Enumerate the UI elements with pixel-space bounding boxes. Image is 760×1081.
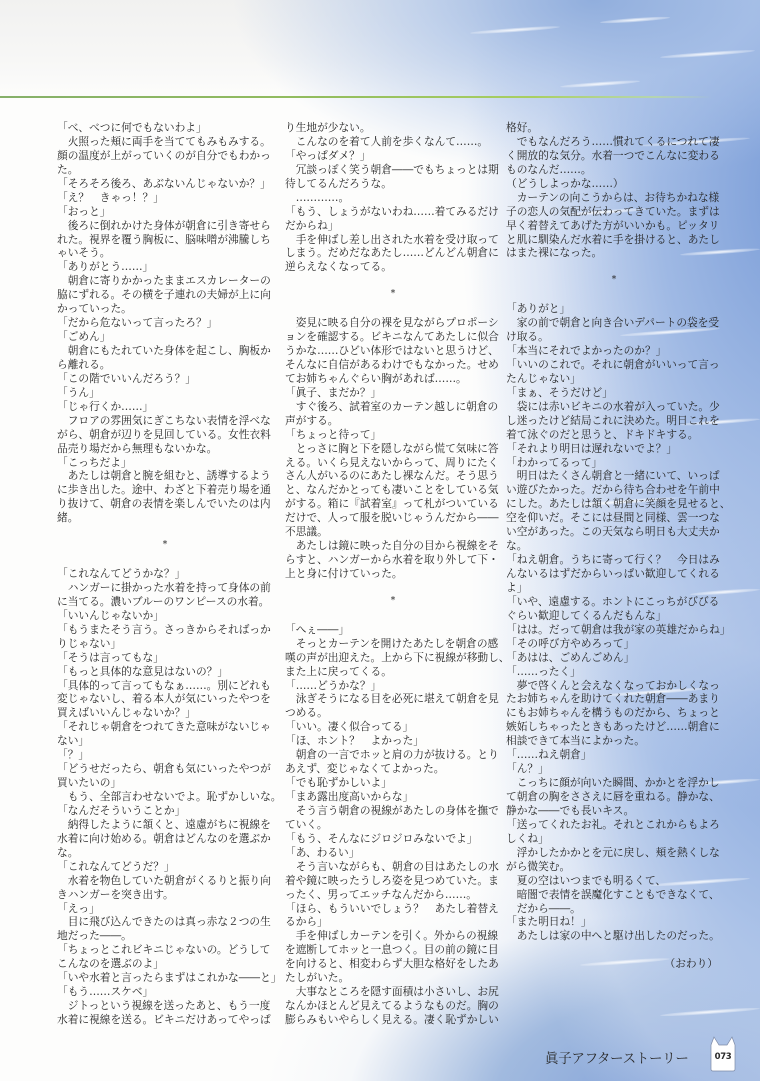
text-line: 納得したように頷くと、遠慮がちに視線を	[57, 818, 273, 832]
text-line: 「おっと」	[57, 205, 273, 219]
text-line: あたしは朝倉と腕を組むと、誘導するよう	[57, 469, 273, 483]
text-line: よ」	[506, 581, 722, 595]
text-line: し迷ったけど結局これに決めた。明日これを	[506, 414, 722, 428]
page-number: 073	[708, 1052, 738, 1062]
text-line: 姿見に映る自分の裸を見ながらプロポーシ	[285, 316, 501, 330]
text-line: 朝倉の一言でホッと肩の力が抜ける。とり	[285, 748, 501, 762]
text-line: 夏の空はいつまでも明るくて、	[506, 874, 722, 888]
text-line: らすと、ハンガーから水着を取り外して下・	[285, 553, 501, 567]
text-line: しまう。だめだなあたし……どんどん朝倉に	[285, 246, 501, 260]
text-line: てお姉ちゃんぐらい胸があれば……。	[285, 372, 501, 386]
text-line: 後ろに倒れかけた身体が朝倉に引き寄せら	[57, 219, 273, 233]
text-line: と、なんだかとっても凄いことをしている気	[285, 483, 501, 497]
story-end-mark: （おわり）	[506, 957, 722, 971]
text-line: 「ほら、もういいでしょう？ あたし着替え	[285, 902, 501, 916]
text-line: に当てる。濃いブルーのワンピースの水着。	[57, 595, 273, 609]
text-line: 夢で啓くんと会えなくなっておかしくなっ	[506, 679, 722, 693]
text-line: 浮かしたかかとを元に戻し、頬を熱くしな	[506, 846, 722, 860]
text-line: 不思議。	[285, 525, 501, 539]
text-line: 大事なところを隠す面積は小さいし、お尻	[285, 985, 501, 999]
text-line: しくね」	[506, 832, 722, 846]
text-line: れた。視界を覆う胸板に、脳味噌が沸騰しち	[57, 233, 273, 247]
text-line: そう言いながらも、朝倉の目はあたしの水	[285, 860, 501, 874]
text-line: カーテンの向こうからは、お待ちかねな様	[506, 191, 722, 205]
text-line: て朝倉の胸をささえに唇を重ねる。静かな、	[506, 790, 722, 804]
text-line: 「あはは、ごめんごめん」	[506, 651, 722, 665]
text-line: 「べ、べつに何でもないわよ」	[57, 121, 273, 135]
text-line: ぐらい歓迎してくるんだもんな」	[506, 609, 722, 623]
header-rule	[0, 96, 712, 98]
section-separator: *	[57, 539, 273, 553]
text-line: にした。あたしは頷く朝倉に笑顔を見せると、	[506, 497, 722, 511]
text-line: 「でも恥ずかしいよ」	[285, 776, 501, 790]
text-line: 「いい。凄く似合ってる」	[285, 720, 501, 734]
text-line: がら、朝倉が辺りを見回している。女性衣料	[57, 428, 273, 442]
section-separator: *	[285, 288, 501, 302]
text-line: ていく。	[285, 818, 501, 832]
text-line: あえず、変じゃなくてよかった。	[285, 762, 501, 776]
text-line: すぐ後ろ、試着室のカーテン越しに朝倉の	[285, 400, 501, 414]
text-line: 泳ぎそうになる目を必死に堪えて朝倉を見	[285, 692, 501, 706]
text-line: だけで、人って服を脱いじゃうんだから――	[285, 511, 501, 525]
text-line: りじゃない」	[57, 637, 273, 651]
text-line: 「……ったく」	[506, 665, 722, 679]
text-line: 「だから危ないって言ったろ？」	[57, 316, 273, 330]
text-line: 手を伸ばしカーテンを引く。外からの視線	[285, 929, 501, 943]
text-line: 「そうは言ってもな」	[57, 651, 273, 665]
text-line: こっちに顔が向いた瞬間、かかとを浮かし	[506, 776, 722, 790]
text-line: 「具体的って言ってもなぁ……。別にどれも	[57, 679, 273, 693]
text-line: 早く着替えてあげた方がいいかも。ピッタリ	[506, 219, 722, 233]
text-line: たお姉ちゃんを助けてくれた朝倉――あまり	[506, 692, 722, 706]
text-line: 手を伸ばし差し出された水着を受け取って	[285, 233, 501, 247]
text-line: 「これなんてどうだ？」	[57, 860, 273, 874]
text-line: り生地が少ない。	[285, 121, 501, 135]
text-line: 暗闇で表情を誤魔化すこともできなくて、	[506, 888, 722, 902]
text-line: 明日はたくさん朝倉と一緒にいて、いっぱ	[506, 469, 722, 483]
text-line: 「はは。だって朝倉は我が家の英雄だからね」	[506, 623, 722, 637]
text-line: かっていった。	[57, 302, 273, 316]
text-line: にもお姉ちゃんを構うものだから、ちょっと	[506, 706, 722, 720]
blank-line	[285, 302, 501, 316]
text-line: 相談できて本当によかった。	[506, 734, 722, 748]
text-line: 「いいのこれで。それに朝倉がいいって言っ	[506, 358, 722, 372]
text-line: 「あ、わるい」	[285, 846, 501, 860]
text-line: 「その呼び方やめろって」	[506, 637, 722, 651]
text-line: がする。箱に『試着室』って札がついている	[285, 497, 501, 511]
text-line: うかな……ひどい体形ではないと思うけど、	[285, 344, 501, 358]
text-line: とっさに胸と下を隠しながら慌て気味に答	[285, 442, 501, 456]
text-line: でもなんだろう……慣れてくるにつれて凄	[506, 135, 722, 149]
text-line: 「それより明日は遅れないでよ？」	[506, 442, 722, 456]
text-line: 水着に視線を送る。ビキニだけあってやっぱ	[57, 1013, 273, 1027]
text-line: 「ちょっと待って」	[285, 428, 501, 442]
text-line: 子の恋人の気配が伝わってきていた。まずは	[506, 205, 722, 219]
text-line: 空を仰いだ。そこには昼間と同様、雲一つな	[506, 511, 722, 525]
text-line: 品売り場だから無理もないかな。	[57, 442, 273, 456]
text-line: い遊びたかった。だから待ち合わせを午前中	[506, 483, 722, 497]
running-title: 眞子アフターストーリー	[545, 1047, 689, 1067]
text-line: 「そろそろ後ろ、あぶないんじゃないか？」	[57, 177, 273, 191]
blank-line	[285, 581, 501, 595]
text-line: こんなのを着て人前を歩くなんて……。	[285, 135, 501, 149]
text-line: 着て泳ぐのだと思うと、ドキドキする。	[506, 428, 722, 442]
text-line: ら離れる。	[57, 358, 273, 372]
text-line: フロアの雰囲気にぎこちない表情を浮べな	[57, 414, 273, 428]
text-line: 嘆の声が出迎えた。上から下に視線が移動し、	[285, 651, 501, 665]
text-line: 「まぁ、そうだけど」	[506, 386, 722, 400]
text-column-1: 「べ、べつに何でもないわよ」 火照った頬に両手を当ててもみもみする。顔の温度が上…	[57, 121, 273, 1027]
blank-line	[57, 553, 273, 567]
text-line: 冗談っぽく笑う朝倉――でもちょっとは期	[285, 163, 501, 177]
text-line: 静かな――でも長いキス。	[506, 804, 722, 818]
text-line: 買いたいの」	[57, 776, 273, 790]
magazine-page: 「べ、べつに何でもないわよ」 火照った頬に両手を当ててもみもみする。顔の温度が上…	[0, 0, 760, 1081]
text-line: を向けると、相変わらず大胆な格好をしたあ	[285, 957, 501, 971]
text-line: 朝倉に寄りかかったままエスカレーターの	[57, 274, 273, 288]
text-line: 「……ねえ朝倉」	[506, 748, 722, 762]
blank-line	[285, 274, 501, 288]
text-line: 「ありがとう……」	[57, 260, 273, 274]
text-line: 緒。	[57, 511, 273, 525]
text-line: 格好。	[506, 121, 722, 135]
text-line: 「この階でいいんだろう？」	[57, 372, 273, 386]
text-line: だからね」	[285, 219, 501, 233]
text-line: 「いや、遠慮する。ホントにこっちがびびる	[506, 595, 722, 609]
text-line: 「え？ きゃっ！？」	[57, 191, 273, 205]
blank-line	[285, 609, 501, 623]
text-line: 家の前で朝倉と向き合いデパートの袋を受	[506, 316, 722, 330]
text-line: こんなのを選ぶのよ」	[57, 957, 273, 971]
text-column-3: 格好。 でもなんだろう……慣れてくるにつれて凄く開放的な気分。水着一つでこんなに…	[506, 121, 722, 971]
text-line: （どうしよっかな……）	[506, 177, 722, 191]
text-line: 「ねえ朝倉。うちに寄って行く？ 今日はみ	[506, 553, 722, 567]
text-line: 「どうせだったら、朝倉も気にいったやつが	[57, 762, 273, 776]
text-line: 着や鏡に映ったうしろ姿を見つめていた。ま	[285, 874, 501, 888]
text-line: るから」	[285, 915, 501, 929]
text-line: そう言う朝倉の視線があたしの身体を撫で	[285, 804, 501, 818]
text-line: と肌に馴染んだ水着に手を掛けると、あたし	[506, 233, 722, 247]
blank-line	[506, 288, 722, 302]
text-line: 「じゃ行くか……」	[57, 400, 273, 414]
text-line: 「もっと具体的な意見はないの？」	[57, 665, 273, 679]
text-line: ない」	[57, 734, 273, 748]
text-line: あたしは鏡に映った自分の目から視線をそ	[285, 539, 501, 553]
text-line: あたしは家の中へと駆け出したのだった。	[506, 929, 722, 943]
text-line: な。	[506, 539, 722, 553]
text-line: 「もうまたそう言う。さっきからそればっか	[57, 623, 273, 637]
text-line: 地だった――。	[57, 929, 273, 943]
text-line: 「いや水着と言ったらまずはこれかな――と」	[57, 971, 273, 985]
text-line: 「もう、そんなにジロジロみないでよ」	[285, 832, 501, 846]
text-line: り抜けて、朝倉の表情を楽しんでいたのは内	[57, 497, 273, 511]
text-line: 「ほ、ホント？ よかった」	[285, 734, 501, 748]
section-separator: *	[506, 274, 722, 288]
text-line: 「こっちだよ」	[57, 456, 273, 470]
text-line: 「いいんじゃないか」	[57, 609, 273, 623]
text-line: ジトっという視線を送ったあと、もう一度	[57, 999, 273, 1013]
section-separator: *	[285, 595, 501, 609]
text-line: ョンを確認する。ビキニなんてあたしに似合	[285, 330, 501, 344]
text-line: さん人がいるのにあたし裸なんだ。そう思う	[285, 469, 501, 483]
text-line: 「えっ」	[57, 902, 273, 916]
text-line: 待してるんだろうな。	[285, 177, 501, 191]
text-line: 袋には赤いビキニの水着が入っていた。少	[506, 400, 722, 414]
text-line: 変じゃないし、着る本人が気にいったやつを	[57, 692, 273, 706]
text-line: 「本当にそれでよかったのか？」	[506, 344, 722, 358]
text-line: たしがいた。	[285, 971, 501, 985]
text-line: …………。	[285, 191, 501, 205]
text-line: 「もう……スケベ」	[57, 985, 273, 999]
text-line: える。いくら見えないからって、周りにたく	[285, 456, 501, 470]
text-line: 「まあ露出度高いからな」	[285, 790, 501, 804]
text-line: ゃいそう。	[57, 246, 273, 260]
text-line: 朝倉にもたれていた身体を起こし、胸板か	[57, 344, 273, 358]
text-line: だから――。	[506, 902, 722, 916]
text-line: きハンガーを突き出す。	[57, 888, 273, 902]
text-line: 「ごめん」	[57, 330, 273, 344]
text-line: 火照った頬に両手を当ててもみもみする。	[57, 135, 273, 149]
text-line: 「これなんてどうかな？」	[57, 567, 273, 581]
text-line: なんかほとんど見えてるようなものだ。胸の	[285, 999, 501, 1013]
text-line: 「？」	[57, 748, 273, 762]
text-line: け取る。	[506, 330, 722, 344]
text-line: ものなんだ……。	[506, 163, 722, 177]
text-line: 「もう、しょうがないわね……着てみるだけ	[285, 205, 501, 219]
text-line: がら微笑む。	[506, 860, 722, 874]
text-line: 声がする。	[285, 414, 501, 428]
text-line: 「やっぱダメ？」	[285, 149, 501, 163]
text-line: 水着を物色していた朝倉がくるりと振り向	[57, 874, 273, 888]
text-line: 「眞子、まだか？」	[285, 386, 501, 400]
text-line: 「送ってくれたお礼。それとこれからもよろ	[506, 818, 722, 832]
text-line: また上に戻ってくる。	[285, 665, 501, 679]
text-line: 膨らみもいやらしく見える。凄く恥ずかしい	[285, 1013, 501, 1027]
text-line: 「なんだそういうことか」	[57, 804, 273, 818]
text-line: 買えばいいんじゃないか？」	[57, 706, 273, 720]
blank-line	[506, 260, 722, 274]
text-line: 「へぇ――」	[285, 623, 501, 637]
text-line: 脇にずれる。その横を子連れの夫婦が上に向	[57, 288, 273, 302]
text-line: 「うん」	[57, 386, 273, 400]
text-line: 「ん？」	[506, 762, 722, 776]
text-line: 「また明日ね！」	[506, 915, 722, 929]
text-line: た。	[57, 163, 273, 177]
text-line: 目に飛び込んできたのは真っ赤な２つの生	[57, 915, 273, 929]
text-line: に歩き出した。途中、わざと下着売り場を通	[57, 483, 273, 497]
blank-line	[57, 525, 273, 539]
text-line: 顔の温度が上がっていくのが自分でもわかっ	[57, 149, 273, 163]
text-line: 水着に向け始める。朝倉はどんなのを選ぶか	[57, 832, 273, 846]
text-line: い空があった。この天気なら明日も大丈夫か	[506, 525, 722, 539]
text-line: ハンガーに掛かった水着を持って身体の前	[57, 581, 273, 595]
text-line: 上と身に付けていった。	[285, 567, 501, 581]
text-line: もう、全部言わせないでよ。恥ずかしいな。	[57, 790, 273, 804]
text-line: 「わかってるって」	[506, 456, 722, 470]
text-line: そっとカーテンを開けたあたしを朝倉の感	[285, 637, 501, 651]
text-line: たんじゃない」	[506, 372, 722, 386]
text-line: つめる。	[285, 706, 501, 720]
page-number-badge: 073	[708, 1036, 738, 1072]
text-line: はまた裸になった。	[506, 246, 722, 260]
text-column-2: り生地が少ない。 こんなのを着て人前を歩くなんて……。「やっぱダメ？」 冗談っぽ…	[285, 121, 501, 1027]
text-line: そんなに自信があるわけでもなかった。せめ	[285, 358, 501, 372]
text-line: 「ちょっとこれビキニじゃないの。どうして	[57, 943, 273, 957]
text-line: 「……どうかな？」	[285, 679, 501, 693]
text-line: んないるはずだからいっぱい歓迎してくれる	[506, 567, 722, 581]
text-line: 「それじゃ朝倉をつれてきた意味がないじゃ	[57, 720, 273, 734]
text-line: な。	[57, 846, 273, 860]
text-line: 逆らえなくなってる。	[285, 260, 501, 274]
text-line: を遮断してホッと一息つく。目の前の鏡に目	[285, 943, 501, 957]
text-line: ったく、男ってエッチなんだから……。	[285, 888, 501, 902]
text-line: く開放的な気分。水着一つでこんなに変わる	[506, 149, 722, 163]
text-line: 嫉妬しちゃったときもあったけど……朝倉に	[506, 720, 722, 734]
text-line: 「ありがと」	[506, 302, 722, 316]
